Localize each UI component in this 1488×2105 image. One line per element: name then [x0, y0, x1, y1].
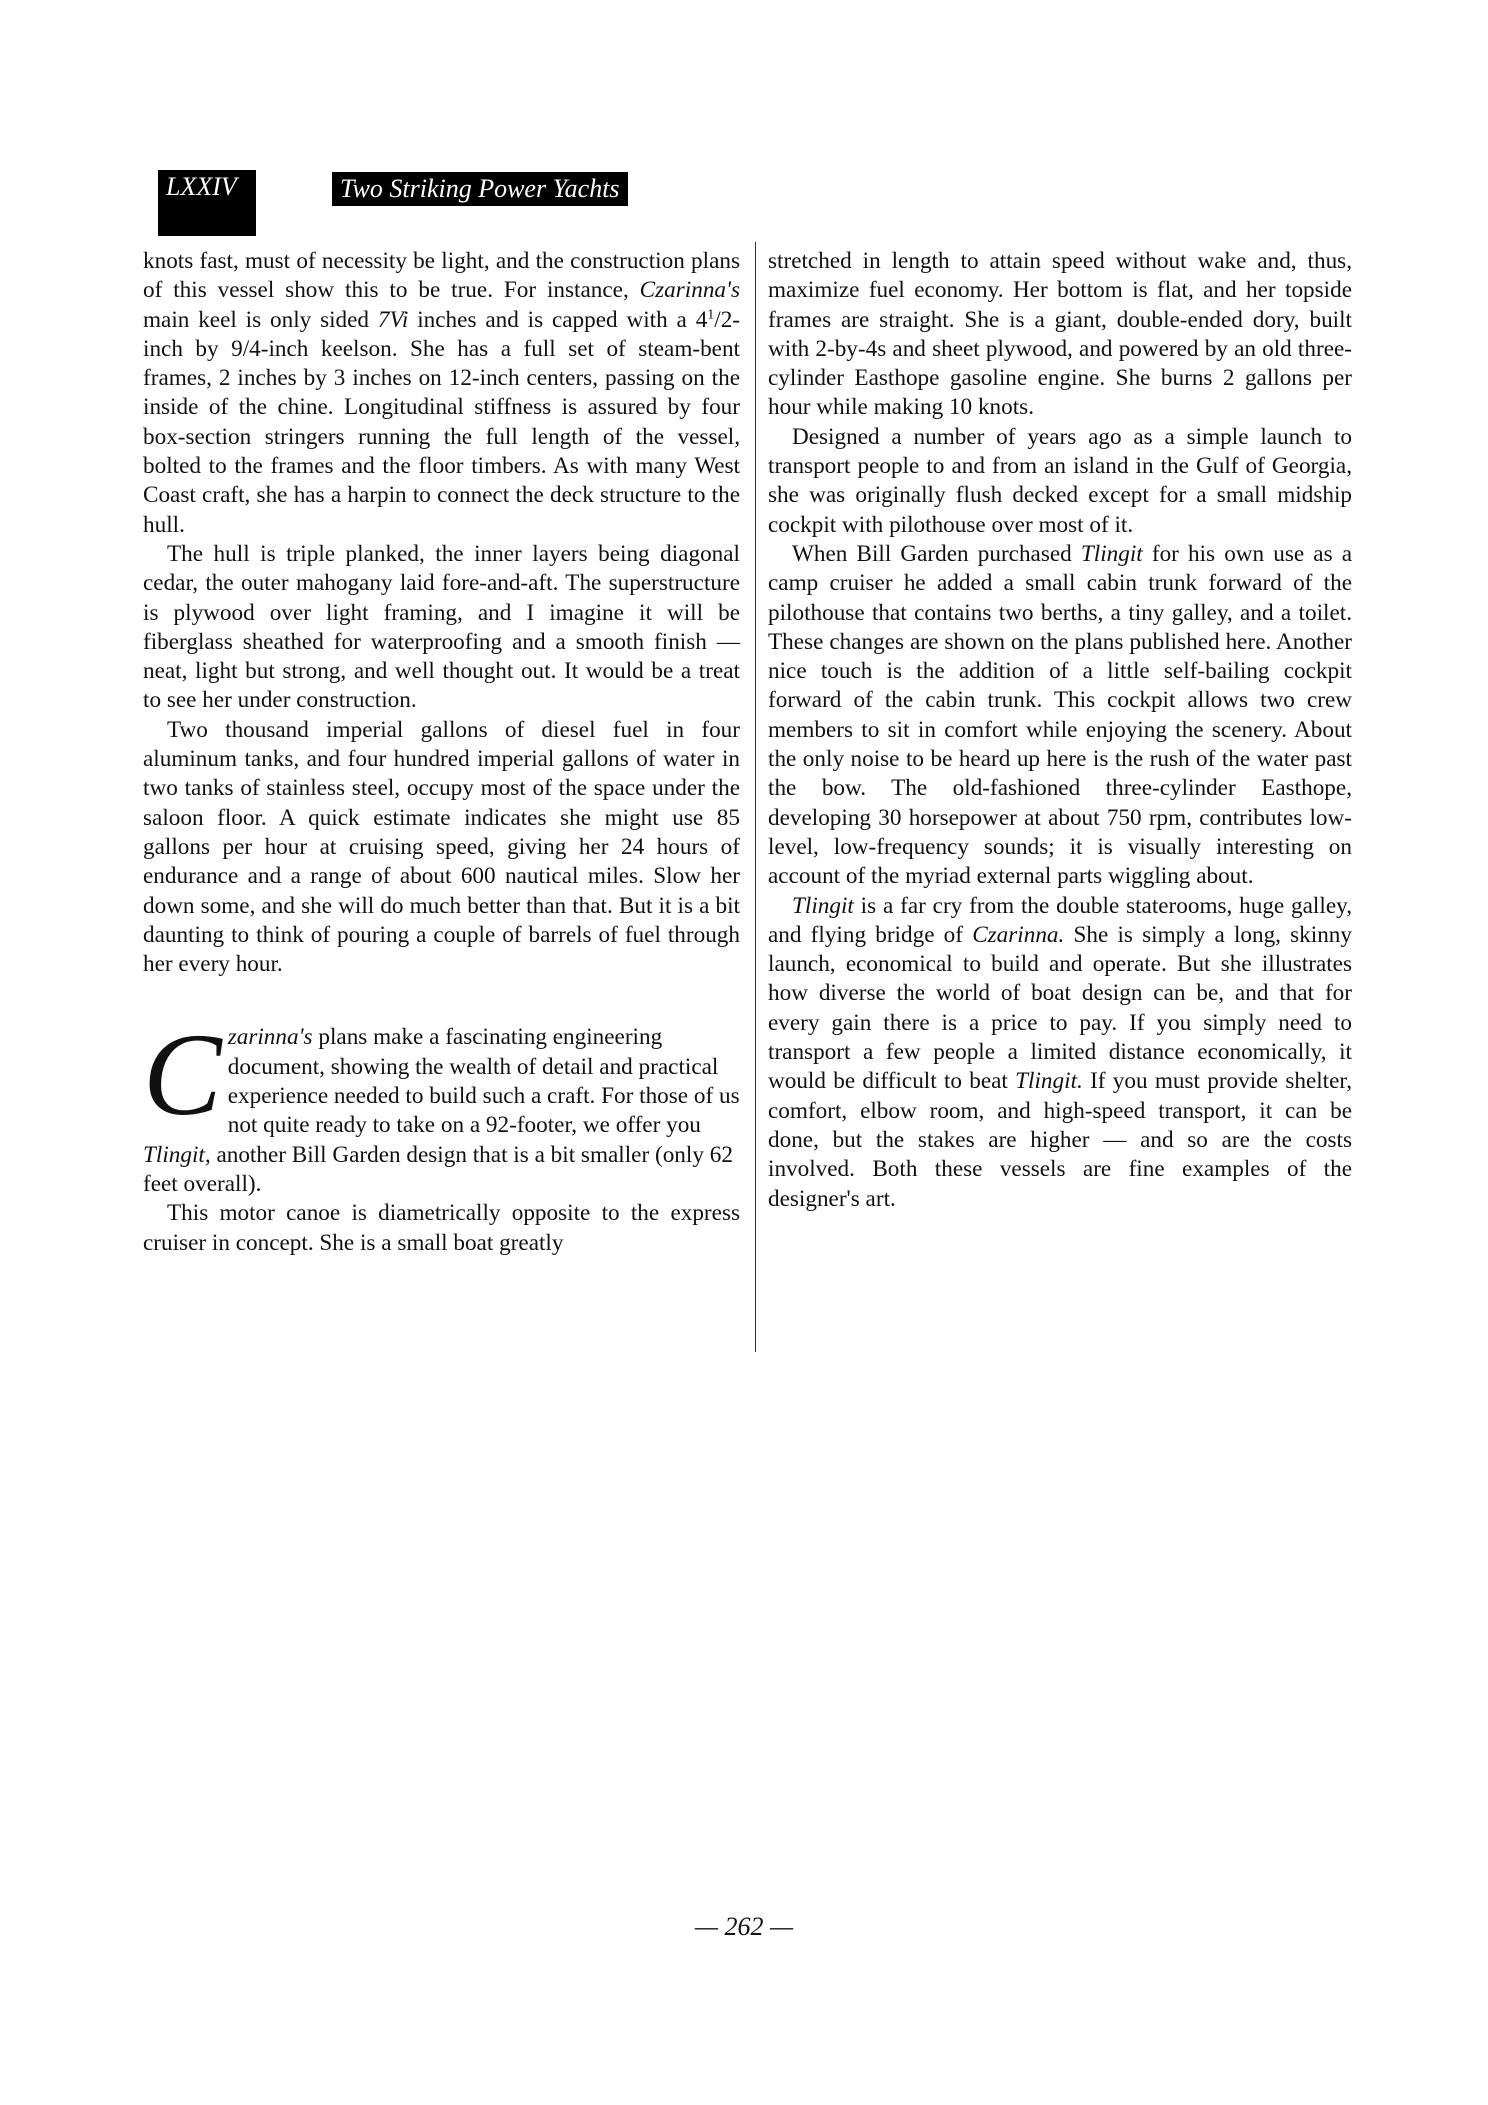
paragraph: Designed a number of years ago as a simp… [768, 423, 1352, 540]
paragraph: Tlingit is a far cry from the double sta… [768, 892, 1352, 1214]
chapter-number-box: LXXIV [158, 170, 256, 236]
chapter-title: Two Striking Power Yachts [332, 172, 628, 206]
page-number: — 262 — [0, 1912, 1488, 1942]
paragraph: Two thousand imperial gallons of diesel … [143, 716, 740, 980]
paragraph: knots fast, must of necessity be light, … [143, 247, 740, 540]
section-start-paragraph: Czarinna's plans make a fascinating engi… [143, 1023, 740, 1199]
drop-cap: C [143, 1029, 222, 1125]
chapter-number: LXXIV [166, 172, 237, 202]
paragraph: This motor canoe is diametrically opposi… [143, 1199, 740, 1258]
right-column: stretched in length to attain speed with… [768, 247, 1352, 1214]
paragraph: The hull is triple planked, the inner la… [143, 540, 740, 716]
column-divider [755, 242, 756, 1352]
paragraph: stretched in length to attain speed with… [768, 247, 1352, 423]
left-column: knots fast, must of necessity be light, … [143, 247, 740, 1258]
paragraph: When Bill Garden purchased Tlingit for h… [768, 540, 1352, 892]
